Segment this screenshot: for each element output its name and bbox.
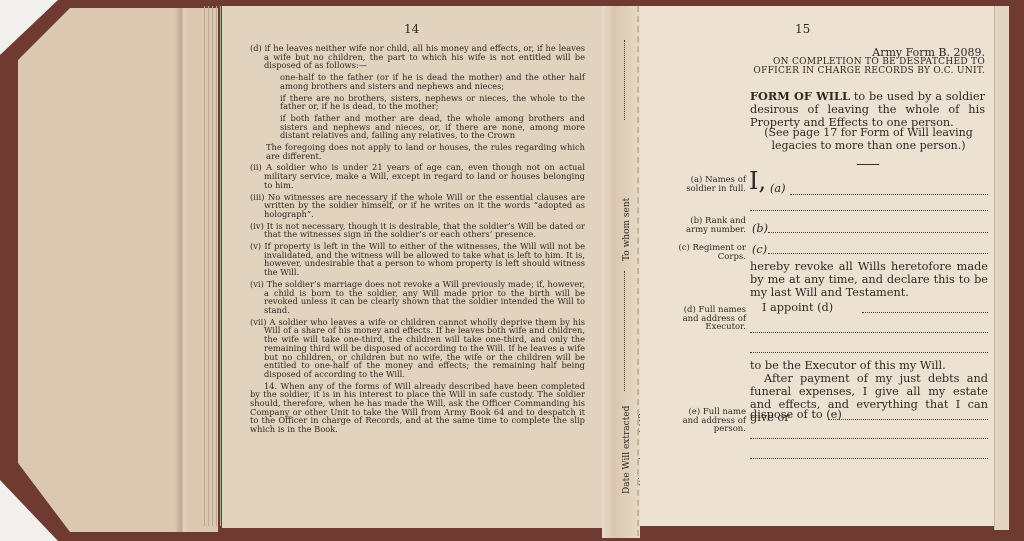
clause-vii: (vii) A soldier who leaves a wife or chi…	[250, 318, 585, 379]
right-page-edge	[994, 6, 1009, 530]
field-mark-b: (b)	[752, 222, 768, 235]
clause-vi: (vi) The soldier’s marriage does not rev…	[250, 280, 585, 315]
page-number: 15	[795, 22, 810, 36]
divider	[857, 164, 879, 165]
page-number: 14	[404, 22, 419, 36]
clause-v: (v) If property is left in the Will to e…	[250, 242, 585, 277]
margin-note-b: (b) Rank and army number.	[670, 217, 746, 234]
right-page: 15 Army Form B. 2089. ON COMPLETION TO B…	[640, 6, 994, 526]
field-mark-c: (c)	[752, 243, 767, 256]
clause-d-one-half: one-half to the father (or if he is dead…	[250, 73, 585, 90]
executor-field-2[interactable]	[750, 332, 988, 333]
margin-note-a: (a) Names of soldier in full.	[670, 176, 746, 193]
beneficiary-field-3[interactable]	[750, 458, 988, 459]
form-title: FORM OF WILL to be used by a soldier des…	[750, 90, 985, 129]
beneficiary-field[interactable]	[828, 419, 988, 420]
date-will-extracted-label: Date Will extracted	[622, 406, 632, 494]
executor-field[interactable]	[862, 312, 988, 313]
clause-iv: (iv) It is not necessary, though it is d…	[250, 222, 585, 239]
despatch-note: ON COMPLETION TO BE DESPATCHED TO OFFICE…	[748, 58, 985, 76]
soldier-name-field-2[interactable]	[750, 210, 988, 211]
cover-crease	[175, 8, 189, 532]
extraction-slip: To whom sent Date Will extracted Signatu…	[602, 6, 640, 538]
margin-note-e: (e) Full name and address of person.	[670, 408, 746, 434]
clause-ii: (ii) A soldier who is under 21 years of …	[250, 163, 585, 189]
to-whom-sent-continuation	[624, 271, 625, 391]
margin-note-c: (c) Regiment or Corps.	[670, 244, 746, 261]
field-mark-a: (a)	[770, 182, 786, 195]
beneficiary-field-2[interactable]	[750, 438, 988, 439]
clause-d-no-siblings: if there are no brothers, sisters, nephe…	[250, 94, 585, 111]
revoke-clause: hereby revoke all Wills heretofore made …	[750, 260, 988, 299]
clause-d: (d) if he leaves neither wife nor child,…	[250, 44, 585, 70]
margin-note-d: (d) Full names and address of Executor.	[670, 306, 746, 332]
executor-field-3[interactable]	[750, 352, 988, 353]
regiment-field[interactable]	[768, 253, 988, 254]
left-page: 14 (d) if he leaves neither wife nor chi…	[222, 6, 602, 528]
soldier-name-field[interactable]	[790, 194, 988, 195]
to-whom-sent-label: To whom sent	[622, 198, 632, 261]
to-whom-sent-line	[624, 40, 625, 120]
executor-clause: to be the Executor of this my Will.	[750, 359, 988, 372]
clause-iii: (iii) No witnesses are necessary if the …	[250, 193, 585, 219]
foregoing-note: The foregoing does not apply to land or …	[250, 143, 585, 160]
big-I: I,	[749, 169, 766, 193]
section-14: 14. When any of the forms of Will alread…	[250, 382, 585, 434]
rank-army-number-field[interactable]	[768, 232, 988, 233]
perforation-line	[637, 6, 639, 536]
left-page-text: (d) if he leaves neither wife nor child,…	[250, 44, 585, 437]
appoint-text: I appoint (d)	[762, 301, 833, 314]
clause-d-parents-dead: if both father and mother are dead, the …	[250, 114, 585, 140]
see-page-note: (See page 17 for Form of Will leaving le…	[752, 126, 985, 152]
